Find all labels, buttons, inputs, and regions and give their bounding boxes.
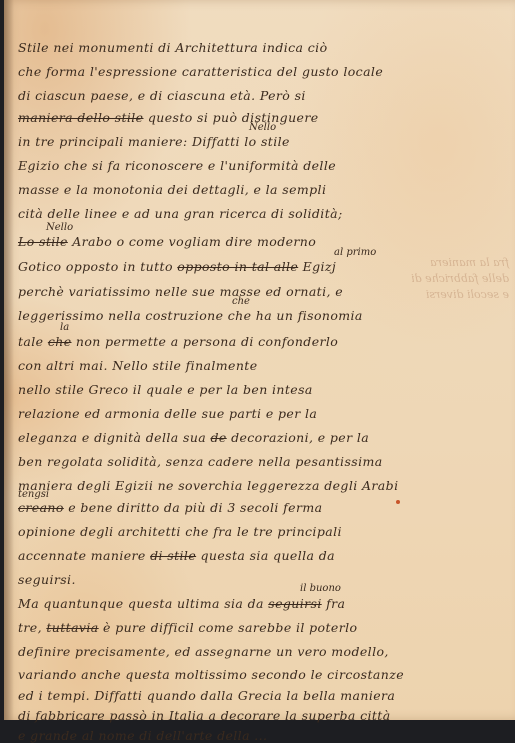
struck-text: de xyxy=(211,430,227,445)
line-text: variando anche questa moltissimo secondo… xyxy=(18,667,404,682)
struck-text: Lo stile xyxy=(18,234,68,249)
struck-text: maniera dello stile xyxy=(18,110,143,125)
manuscript-line-18: ben regolata solidità, senza cadere nell… xyxy=(18,454,383,469)
manuscript-line-11: perchè variatissimo nelle sue masse ed o… xyxy=(18,284,343,299)
manuscript-line-2: che forma l'espressione caratteristica d… xyxy=(18,64,383,79)
line-text: eleganza e dignità della sua xyxy=(18,430,206,445)
manuscript-line-19: maniera degli Egizii ne soverchia legger… xyxy=(18,478,398,493)
manuscript-page: fra la maniera delle fabbriche di e seco… xyxy=(4,0,515,720)
line-text: Ma quantunque questa ultima sia da xyxy=(18,596,264,611)
manuscript-line-1: Stile nei monumenti di Architettura indi… xyxy=(18,40,328,55)
line-text: maniera degli Egizii ne soverchia legger… xyxy=(18,478,398,493)
line-text: questo si può distinguere xyxy=(148,110,319,125)
struck-text: di stile xyxy=(150,548,196,563)
line-text: ben regolata solidità, senza cadere nell… xyxy=(18,454,383,469)
manuscript-line-20: creano e bene diritto da più di 3 secoli… xyxy=(18,500,322,515)
line-text-after: è pure difficil come sarebbe il poterlo xyxy=(103,620,357,635)
line-text: e bene diritto da più di 3 secoli ferma xyxy=(68,500,322,515)
bleed-through-text: fra la maniera delle fabbriche di e seco… xyxy=(399,255,509,305)
line-text: ed i tempi. Diffatti quando dalla Grecia… xyxy=(18,688,395,703)
manuscript-line-23: seguirsi. xyxy=(18,572,76,587)
line-text: definire precisamente, ed assegnarne un … xyxy=(18,644,389,659)
manuscript-line-13: tale che non permette a persona di confo… xyxy=(18,334,338,349)
line-text: Arabo o come vogliam dire moderno xyxy=(72,234,316,249)
manuscript-line-21: opinione degli architetti che fra le tre… xyxy=(18,524,342,539)
line-text: di fabbricare passò in Italia a decorare… xyxy=(18,708,391,720)
manuscript-line-22: accennate maniere di stile questa sia qu… xyxy=(18,548,335,563)
insertion-tengsi: tengsi xyxy=(18,489,49,500)
struck-text: creano xyxy=(18,500,64,515)
manuscript-line-25: tre, tuttavia è pure difficil come sareb… xyxy=(18,620,357,635)
manuscript-line-17: eleganza e dignità della sua de decorazi… xyxy=(18,430,369,445)
struck-text: tuttavia xyxy=(46,620,98,635)
line-text: opinione degli architetti che fra le tre… xyxy=(18,524,342,539)
line-text: di ciascun paese, e di ciascuna età. Per… xyxy=(18,88,306,103)
manuscript-line-24: Ma quantunque questa ultima sia da segui… xyxy=(18,596,345,611)
manuscript-line-12: leggerissimo nella costruzione che ha un… xyxy=(18,308,363,323)
manuscript-line-8: cità delle linee e ad una gran ricerca d… xyxy=(18,206,343,221)
line-text: con altri mai. Nello stile finalmente xyxy=(18,358,258,373)
line-text: relazione ed armonia delle sue parti e p… xyxy=(18,406,317,421)
line-text: in tre principali maniere: Diffatti lo s… xyxy=(18,134,290,149)
line-text: cità delle linee e ad una gran ricerca d… xyxy=(18,206,343,221)
line-text: Stile nei monumenti di Architettura indi… xyxy=(18,40,328,55)
line-text: tre, xyxy=(18,620,42,635)
manuscript-line-27: variando anche questa moltissimo secondo… xyxy=(18,667,404,682)
line-text: leggerissimo nella costruzione che ha un… xyxy=(18,308,363,323)
manuscript-line-9: Lo stile Arabo o come vogliam dire moder… xyxy=(18,234,316,249)
insertion-il-buono: il buono xyxy=(300,583,341,594)
line-text-after: Egizj xyxy=(303,259,337,274)
struck-text: che xyxy=(48,334,72,349)
manuscript-line-15: nello stile Greco il quale e per la ben … xyxy=(18,382,313,397)
manuscript-line-6: Egizio che si fa riconoscere e l'uniform… xyxy=(18,158,336,173)
struck-text: seguirsi xyxy=(268,596,321,611)
manuscript-line-14: con altri mai. Nello stile finalmente xyxy=(18,358,258,373)
line-text: seguirsi. xyxy=(18,572,76,587)
insertion-la: la xyxy=(60,322,69,333)
line-text: Egizio che si fa riconoscere e l'uniform… xyxy=(18,158,336,173)
manuscript-line-7: masse e la monotonia dei dettagli, e la … xyxy=(18,182,326,197)
line-text-after: decorazioni, e per la xyxy=(231,430,369,445)
line-text: masse e la monotonia dei dettagli, e la … xyxy=(18,182,326,197)
line-text: nello stile Greco il quale e per la ben … xyxy=(18,382,313,397)
manuscript-line-29: di fabbricare passò in Italia a decorare… xyxy=(18,708,391,720)
insertion-nello: Nello xyxy=(249,122,276,133)
manuscript-line-28: ed i tempi. Diffatti quando dalla Grecia… xyxy=(18,688,395,703)
insertion-nello-2: Nello xyxy=(46,222,73,233)
struck-text: opposto in tal alle xyxy=(177,259,298,274)
line-text-after: questa sia quella da xyxy=(201,548,335,563)
line-text: che forma l'espressione caratteristica d… xyxy=(18,64,383,79)
insertion-che: che xyxy=(232,296,250,307)
line-text: tale xyxy=(18,334,43,349)
insertion-al-primo: al primo xyxy=(334,247,376,258)
line-text: Gotico opposto in tutto xyxy=(18,259,173,274)
manuscript-line-5: in tre principali maniere: Diffatti lo s… xyxy=(18,134,290,149)
line-text-after: non permette a persona di confonderlo xyxy=(76,334,338,349)
ink-spot xyxy=(396,500,400,504)
manuscript-line-10: Gotico opposto in tutto opposto in tal a… xyxy=(18,259,336,274)
manuscript-line-16: relazione ed armonia delle sue parti e p… xyxy=(18,406,317,421)
manuscript-line-3: di ciascun paese, e di ciascuna età. Per… xyxy=(18,88,306,103)
manuscript-line-26: definire precisamente, ed assegnarne un … xyxy=(18,644,389,659)
line-text: accennate maniere xyxy=(18,548,146,563)
line-text-after: fra xyxy=(326,596,345,611)
line-text: perchè variatissimo nelle sue masse ed o… xyxy=(18,284,343,299)
